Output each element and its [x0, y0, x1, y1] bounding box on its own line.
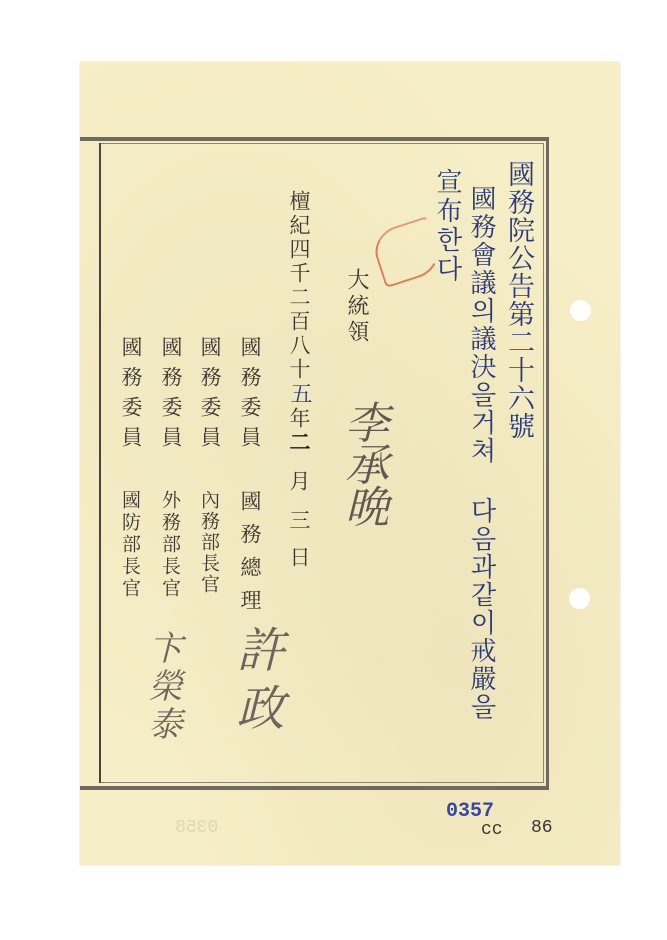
minister-4-title: 國務委員	[120, 336, 141, 456]
minister-3-signature: 卞榮泰	[145, 630, 179, 744]
date-month-suffix: 月	[287, 470, 311, 509]
minister-4-role: 國防部長官	[120, 490, 139, 600]
punch-hole-bottom	[569, 588, 590, 609]
punch-hole-top	[570, 300, 591, 321]
frame-left-border	[99, 143, 101, 783]
date-month-handwritten: 二	[287, 431, 312, 470]
minister-3-title: 國務委員	[160, 336, 181, 456]
frame-bottom-border	[80, 786, 548, 790]
date-year-handwritten: 五	[287, 382, 312, 407]
minister-2-role: 內務部長官	[199, 490, 218, 595]
archive-code: cc	[481, 820, 503, 840]
date-line: 檀紀四千二百八十五年二月三日	[288, 190, 310, 583]
page-number: 86	[531, 818, 553, 838]
bleed-through-number: 0358	[175, 818, 218, 838]
announcement-body-line-2: 宣布한다	[434, 168, 460, 284]
minister-1-signature: 許政	[232, 625, 280, 741]
frame-right-border	[546, 137, 549, 790]
minister-3-role: 外務部長官	[160, 490, 179, 600]
date-year-suffix: 年	[287, 407, 311, 431]
frame-top-border	[80, 137, 548, 141]
announcement-title: 國務院公告第二十六號	[505, 160, 532, 440]
announcement-body-line-1: 國務會議의議決을거쳐 다음과같이戒嚴을	[468, 185, 494, 721]
minister-1-title: 國務委員	[239, 336, 260, 456]
president-signature: 李承晩	[340, 400, 384, 526]
date-prefix: 檀紀四千二百八十	[287, 190, 311, 382]
date-day: 三日	[287, 509, 311, 583]
frame-right-inner-border	[543, 143, 544, 783]
president-title: 大統領	[345, 268, 367, 346]
frame-top-inner-border	[99, 143, 544, 144]
frame-bottom-inner-border	[99, 782, 544, 783]
minister-1-role: 國務總理	[239, 490, 260, 622]
minister-2-title: 國務委員	[199, 336, 220, 456]
